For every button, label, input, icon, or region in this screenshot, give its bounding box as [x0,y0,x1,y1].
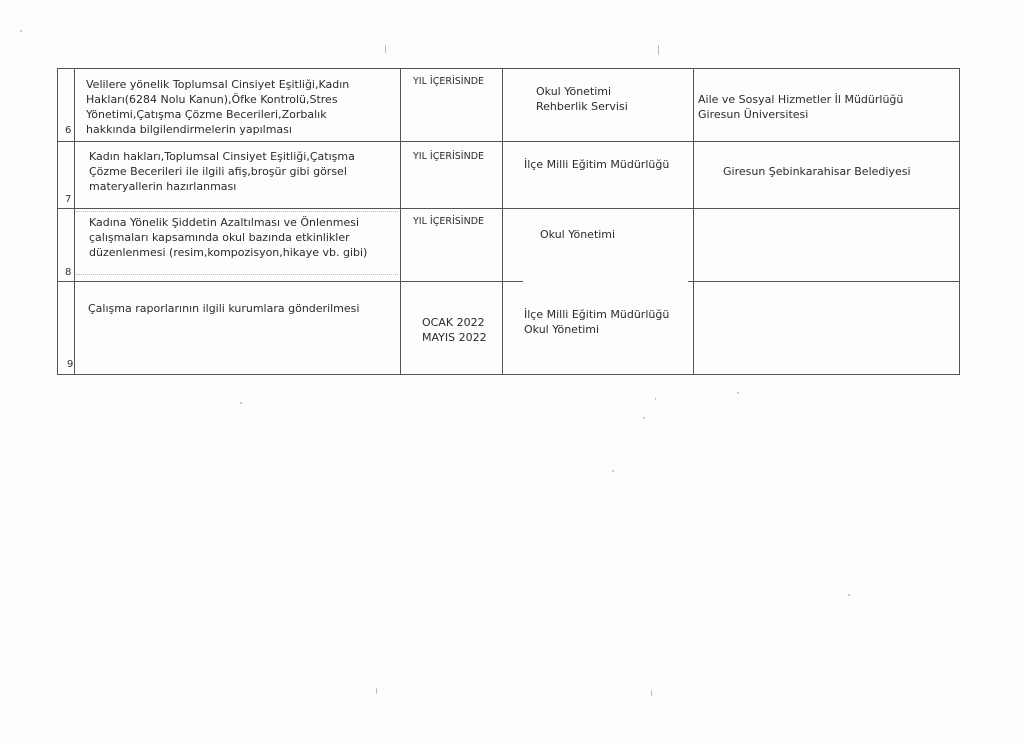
dotted-guide [76,274,398,275]
activity-line: materyallerin hazırlanması [89,179,355,194]
column-divider-responsible [693,69,694,374]
activity-line: Hakları(6284 Nolu Kanun),Öfke Kontrolü,S… [86,92,349,107]
responsible-line: İlçe Milli Eğitim Müdürlüğü [524,157,669,172]
time-line: YIL İÇERİSİNDE [413,150,484,163]
time-line: YIL İÇERİSİNDE [413,75,484,88]
responsible-line: Okul Yönetimi [540,227,615,242]
row-number: 9 [67,359,73,370]
column-divider-number [74,69,75,374]
row-divider-7-8 [58,208,959,209]
scan-mark [376,688,377,694]
dotted-guide [76,211,398,212]
scan-mark [651,690,652,696]
activity-line: Çözme Becerileri ile ilgili afiş,broşür … [89,164,355,179]
scan-speck [848,594,850,596]
time-line: MAYIS 2022 [422,330,482,345]
activity-cell: Velilere yönelik Toplumsal Cinsiyet Eşit… [86,77,349,137]
scan-speck [240,402,242,404]
scan-mark [385,45,386,53]
activity-cell: Çalışma raporlarının ilgili kurumlara gö… [88,301,359,316]
responsible-cell: Okul Yönetimi [540,227,615,242]
activity-line: Kadın hakları,Toplumsal Cinsiyet Eşitliğ… [89,149,355,164]
row-divider-8-9-left [58,281,523,282]
time-cell: YIL İÇERİSİNDE [413,150,484,163]
responsible-line: Okul Yönetimi [524,322,669,337]
time-line: YIL İÇERİSİNDE [413,215,484,228]
scanned-page: 6 Velilere yönelik Toplumsal Cinsiyet Eş… [0,0,1024,744]
responsible-cell: İlçe Milli Eğitim Müdürlüğü [524,157,669,172]
column-divider-activity [400,69,401,374]
activity-line: hakkında bilgilendirmelerin yapılması [86,122,349,137]
scan-speck [655,398,656,400]
partners-cell: Giresun Şebinkarahisar Belediyesi [723,164,911,179]
row-divider-8-9-right [688,281,959,282]
column-divider-time [502,69,503,374]
scan-speck [643,417,645,419]
row-number: 7 [65,194,71,205]
responsible-cell: Okul Yönetimi Rehberlik Servisi [536,84,628,114]
responsible-cell: İlçe Milli Eğitim Müdürlüğü Okul Yönetim… [524,307,669,337]
responsible-line: Okul Yönetimi [536,84,628,99]
scan-mark [658,45,659,55]
partner-line: Giresun Şebinkarahisar Belediyesi [723,164,911,179]
scan-speck [20,30,22,32]
time-cell: YIL İÇERİSİNDE [413,215,484,228]
activity-cell: Kadına Yönelik Şiddetin Azaltılması ve Ö… [89,215,367,260]
activity-line: düzenlenmesi (resim,kompozisyon,hikaye v… [89,245,367,260]
activity-table: 6 Velilere yönelik Toplumsal Cinsiyet Eş… [57,68,960,375]
activity-cell: Kadın hakları,Toplumsal Cinsiyet Eşitliğ… [89,149,355,194]
activity-line: Çalışma raporlarının ilgili kurumlara gö… [88,301,359,316]
responsible-line: İlçe Milli Eğitim Müdürlüğü [524,307,669,322]
scan-speck [612,470,614,472]
activity-line: Kadına Yönelik Şiddetin Azaltılması ve Ö… [89,215,367,230]
scan-speck [737,392,739,394]
row-divider-6-7 [58,141,959,142]
activity-line: Velilere yönelik Toplumsal Cinsiyet Eşit… [86,77,349,92]
responsible-line: Rehberlik Servisi [536,99,628,114]
partner-line: Aile ve Sosyal Hizmetler İl Müdürlüğü [698,92,903,107]
time-cell: OCAK 2022 MAYIS 2022 [422,315,482,345]
partner-line: Giresun Üniversitesi [698,107,903,122]
row-number: 6 [65,125,71,136]
activity-line: Yönetimi,Çatışma Çözme Becerileri,Zorbal… [86,107,349,122]
activity-line: çalışmaları kapsamında okul bazında etki… [89,230,367,245]
time-line: OCAK 2022 [422,315,482,330]
row-number: 8 [65,267,71,278]
time-cell: YIL İÇERİSİNDE [413,75,484,88]
partners-cell: Aile ve Sosyal Hizmetler İl Müdürlüğü Gi… [698,92,903,122]
